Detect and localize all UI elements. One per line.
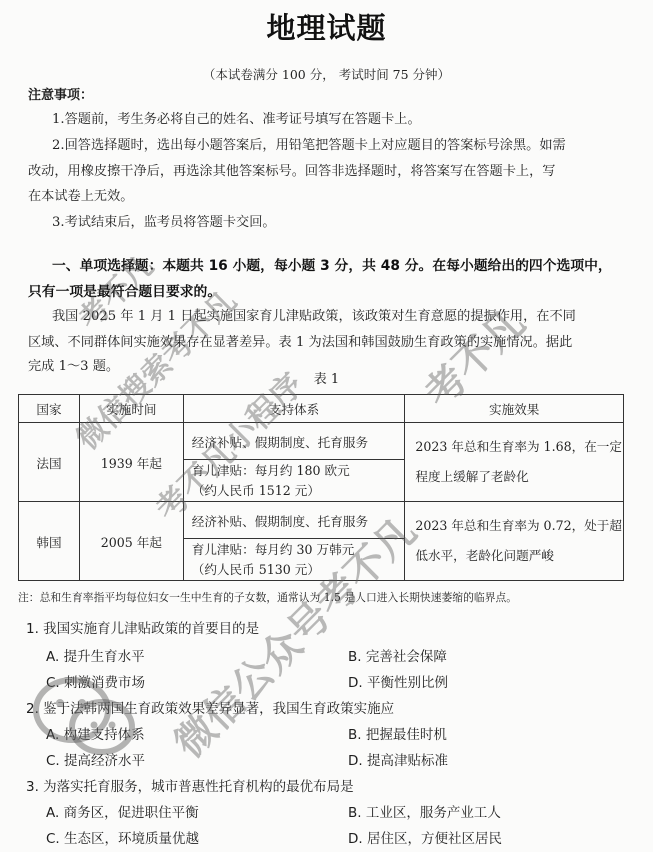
passage-line-2: 区域、不同群体间实施效果存在显著差异。表 1 为法国和韩国鼓励生育政策的实施情况…: [28, 331, 572, 350]
header-country: 国家: [19, 395, 80, 423]
question-3-option-b[interactable]: B. 工业区，服务产业工人: [348, 801, 501, 821]
question-3-option-d[interactable]: D. 居住区，方便社区居民: [348, 827, 502, 847]
notice-item-2-end: 在本试卷上无效。: [28, 185, 134, 204]
table-row-korea: 韩国 2005 年起 经济补贴、假期制度、托育服务 2023 年总和生育率为 0…: [19, 502, 624, 539]
notice-item-3: 3.考试结束后，监考员将答题卡交回。: [52, 211, 276, 230]
passage-line-1: 我国 2025 年 1 月 1 日起实施国家育儿津贴政策，该政策对生育意愿的提振…: [52, 305, 576, 324]
question-3-option-c[interactable]: C. 生态区，环境质量优越: [46, 827, 199, 847]
question-2-option-a[interactable]: A. 构建支持体系: [46, 723, 145, 743]
notice-item-2: 2.回答选择题时，选出每小题答案后，用铅笔把答题卡上对应题目的答案标号涂黑。如需: [52, 134, 566, 153]
cell-country: 法国: [19, 423, 80, 502]
cell-effect: 2023 年总和生育率为 0.72，处于超低水平，老龄化问题严峻: [405, 502, 624, 581]
question-2-option-d[interactable]: D. 提高津贴标准: [348, 749, 448, 769]
cell-country: 韩国: [19, 502, 80, 581]
allowance-rmb: （约人民币 1512 元）: [192, 481, 405, 501]
header-support: 支持体系: [183, 395, 405, 423]
allowance-amount: 育儿津贴：每月约 30 万韩元: [192, 540, 405, 560]
section-heading: 一、单项选择题：本题共 16 小题，每小题 3 分，共 48 分。在每小题给出的…: [52, 254, 612, 274]
notice-item-1: 1.答题前，考生务必将自己的姓名、准考证号填写在答题卡上。: [52, 108, 421, 127]
question-1-stem: 1. 我国实施育儿津贴政策的首要目的是: [26, 617, 259, 637]
policy-table: 国家 实施时间 支持体系 实施效果 法国 1939 年起 经济补贴、假期制度、托…: [18, 394, 624, 581]
cell-support-allowance: 育儿津贴：每月约 30 万韩元 （约人民币 5130 元）: [183, 539, 405, 581]
question-3-stem: 3. 为落实托育服务，城市普惠性托育机构的最优布局是: [26, 775, 354, 795]
table-caption: 表 1: [0, 368, 653, 387]
allowance-rmb: （约人民币 5130 元）: [192, 560, 405, 580]
cell-effect: 2023 年总和生育率为 1.68，在一定程度上缓解了老龄化: [405, 423, 624, 502]
header-since: 实施时间: [79, 395, 183, 423]
question-1-option-d[interactable]: D. 平衡性别比例: [348, 671, 448, 691]
exam-subtitle: （本试卷满分 100 分， 考试时间 75 分钟）: [0, 65, 653, 83]
cell-support-general: 经济补贴、假期制度、托育服务: [183, 423, 405, 460]
table-note: 注：总和生育率指平均每位妇女一生中生育的子女数，通常认为 1.5 是人口进入长期…: [18, 590, 517, 605]
cell-support-allowance: 育儿津贴：每月约 180 欧元 （约人民币 1512 元）: [183, 460, 405, 502]
question-1-option-c[interactable]: C. 刺激消费市场: [46, 671, 145, 691]
table-header-row: 国家 实施时间 支持体系 实施效果: [19, 395, 624, 423]
exam-title: 地理试题: [0, 6, 653, 47]
cell-since: 2005 年起: [79, 502, 183, 581]
allowance-amount: 育儿津贴：每月约 180 欧元: [192, 461, 405, 481]
cell-since: 1939 年起: [79, 423, 183, 502]
notice-heading: 注意事项：: [28, 84, 93, 103]
question-2-option-b[interactable]: B. 把握最佳时机: [348, 723, 447, 743]
notice-item-2-cont: 改动，用橡皮擦干净后，再选涂其他答案标号。回答非选择题时，将答案写在答题卡上，写: [28, 160, 556, 179]
cell-support-general: 经济补贴、假期制度、托育服务: [183, 502, 405, 539]
question-3-option-a[interactable]: A. 商务区，促进职住平衡: [46, 801, 199, 821]
question-2-option-c[interactable]: C. 提高经济水平: [46, 749, 145, 769]
table-row-france: 法国 1939 年起 经济补贴、假期制度、托育服务 2023 年总和生育率为 1…: [19, 423, 624, 460]
question-1-option-a[interactable]: A. 提升生育水平: [46, 645, 145, 665]
question-2-stem: 2. 鉴于法韩两国生育政策效果差异显著，我国生育政策实施应: [26, 697, 394, 717]
header-effect: 实施效果: [405, 395, 624, 423]
section-heading-cont: 只有一项是最符合题目要求的。: [28, 280, 221, 300]
question-1-option-b[interactable]: B. 完善社会保障: [348, 645, 447, 665]
